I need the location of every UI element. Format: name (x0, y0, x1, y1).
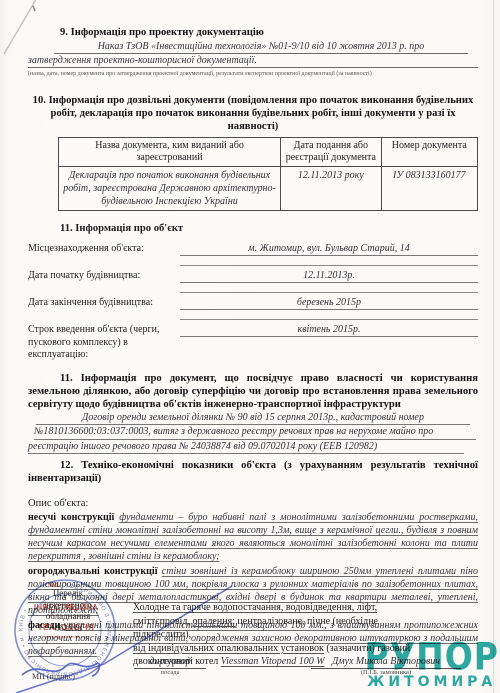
equipment-label-line: інженерного (26, 600, 110, 612)
field-end-date: Дата закінчення будівництва: березень 20… (28, 296, 478, 320)
permits-table: Назва документа, ким виданий або зареєст… (58, 137, 478, 211)
col-header-number: Номер документа (381, 138, 477, 167)
field-value: квітень 2015р. (180, 323, 478, 337)
equipment-list-label: Перелік інженерного обладнання об'єкта (26, 588, 110, 634)
description-item-label: несучі конструкції (28, 512, 114, 523)
object-info-fields: Місцезнаходження об'єкта: м. Житомир, ву… (28, 242, 478, 362)
ruled-blank-line (180, 284, 478, 293)
page-edge-line (493, 0, 494, 693)
section11b-entry-line2: №1810136600:03:037:0003, витяг з державн… (34, 426, 476, 440)
equipment-label-line: обладнання (26, 611, 110, 623)
field-commissioning-term: Строк введення об'єкта (черги, пускового… (28, 323, 478, 362)
cell-document-number: ІУ 083133160177 (381, 167, 477, 211)
description-bearing-structures: несучі конструкції фундаменти – буро наб… (28, 511, 478, 563)
section11-title: 11. Інформація про об'єкт (28, 223, 478, 234)
position-value: директор (134, 655, 206, 669)
section9-caption: (назва, дата, номер документа про затвер… (28, 70, 478, 78)
field-label: Строк введення об'єкта (черги, пускового… (28, 323, 180, 362)
col-header-document-name: Назва документа, ким виданий або зареєст… (59, 138, 281, 167)
section12-title: 12. Техніко-економічні показники об'єкта… (28, 459, 478, 485)
ruled-blank-line (180, 257, 478, 266)
signatory-position: директор посада (134, 655, 206, 677)
scanned-document-page: 9. Інформація про проектну документацію … (0, 0, 500, 693)
field-label: Дата закінчення будівництва: (28, 296, 180, 320)
stamp-id-code-caption: ідентифікаційний код (28, 634, 104, 639)
field-label: Місцезнаходження об'єкта: (28, 242, 180, 266)
field-value: 12.11.2013р. (180, 269, 478, 283)
table-row: Декларація про початок виконання будівел… (59, 167, 478, 211)
scan-fold-artifact (0, 0, 60, 60)
field-value: березень 2015р (180, 296, 478, 310)
watermark-line1: РУПОР (365, 638, 500, 675)
cell-document-date: 12.11.2013 року (281, 167, 382, 211)
field-value: м. Житомир, вул. Бульвар Старий, 14 (180, 242, 478, 256)
col-header-date: Дата подання або реєстрації документа (281, 138, 382, 167)
section11b-title: 11. Інформація про документ, що посвідчу… (28, 372, 478, 411)
equipment-label-line: об'єкта (26, 623, 110, 635)
field-label: Дата початку будівництва: (28, 269, 180, 293)
table-header-row: Назва документа, ким виданий або зареєст… (59, 138, 478, 167)
section9-entry-line1: Наказ ТзОВ «Інвестиційна технологія» №01… (54, 41, 468, 54)
section11b-entry-line1: Договір оренди земельної ділянки № 90 ві… (36, 412, 470, 426)
section11b-entry-line3: реєстрацію іншого речового права № 24038… (28, 441, 464, 455)
position-caption: посада (134, 669, 206, 677)
rupor-zhytomyra-watermark: РУПОР ЖИТОМИРА (365, 640, 500, 689)
mp-signature-caption: МП (підпис) (32, 672, 75, 681)
section9-title: 9. Інформація про проектну документацію (28, 26, 478, 39)
section10-title: 10. Інформація про дозвільні документи (… (28, 94, 478, 133)
cell-document-name: Декларація про початок виконання будівел… (59, 167, 281, 211)
field-location: Місцезнаходження об'єкта: м. Житомир, ву… (28, 242, 478, 266)
equipment-label-line: Перелік (26, 588, 110, 600)
object-description-heading: Опис об'єкта: (28, 498, 478, 509)
section9-entry-line2: затвердження проектно-кошторисної докуме… (28, 55, 478, 68)
field-start-date: Дата початку будівництва: 12.11.2013р. (28, 269, 478, 293)
ruled-blank-line (180, 311, 478, 320)
